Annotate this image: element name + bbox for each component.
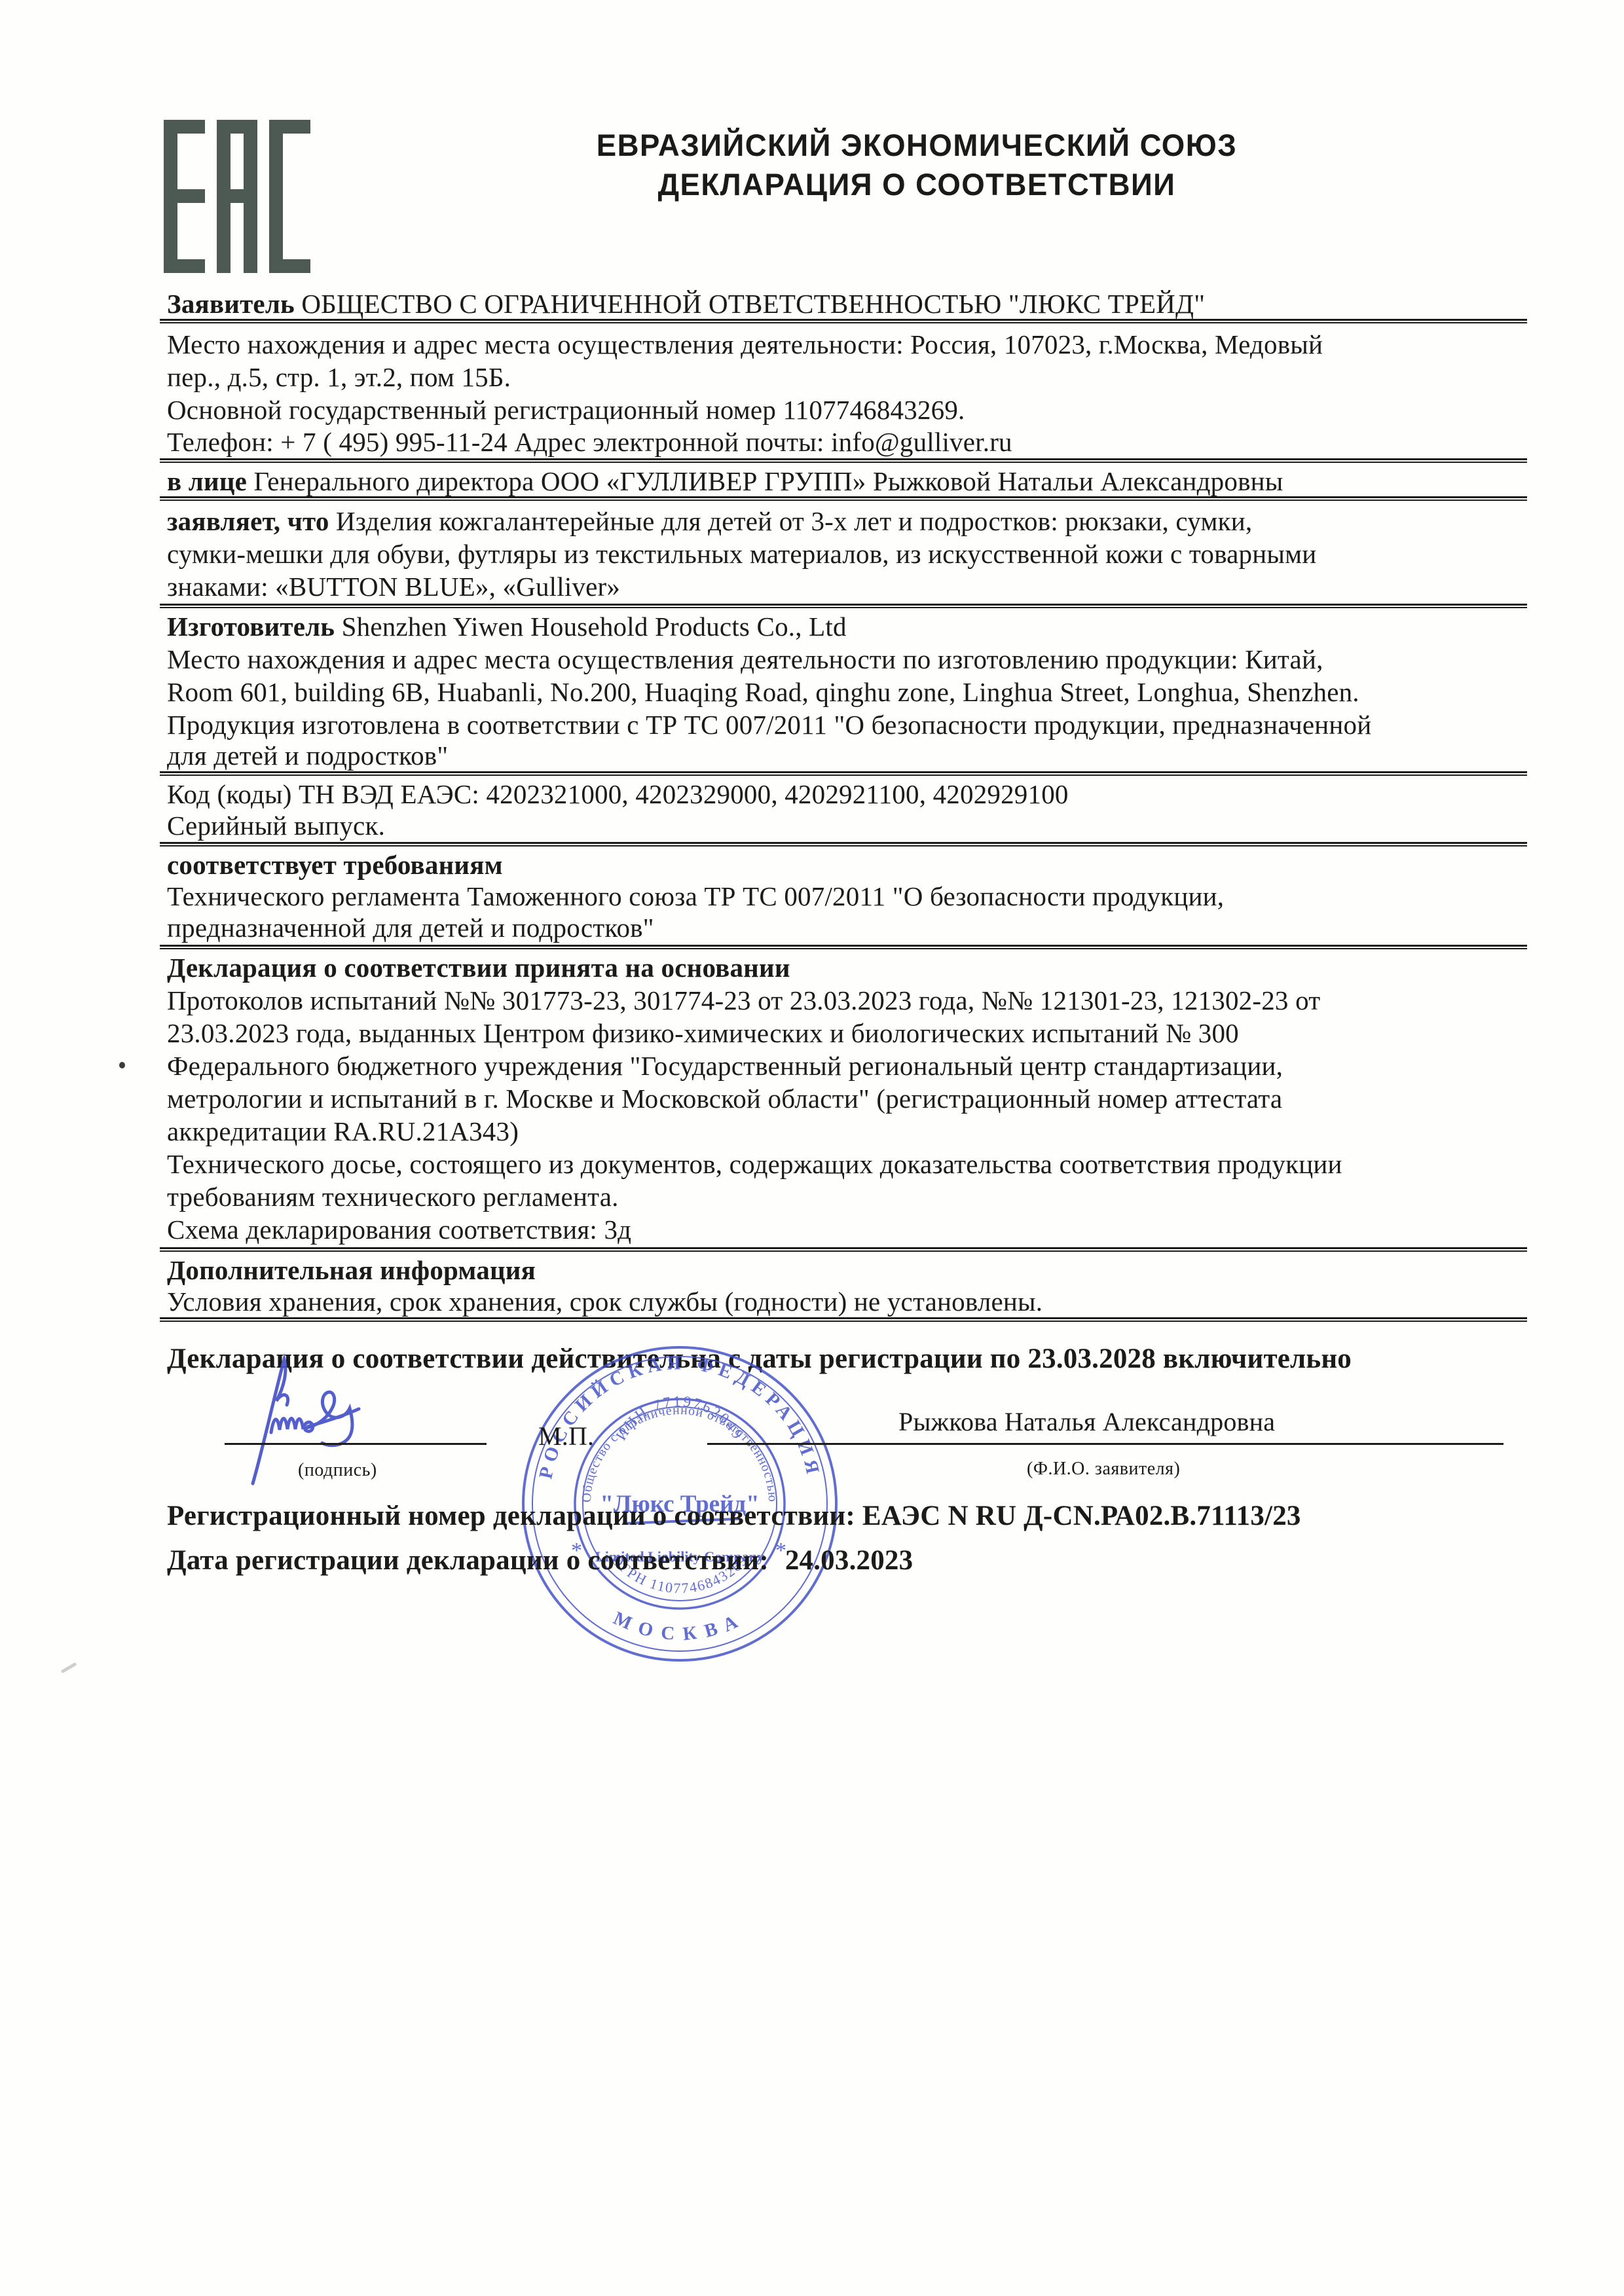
fio-caption: (Ф.И.О. заявителя) — [1027, 1453, 1180, 1485]
applicant-name: ОБЩЕСТВО С ОГРАНИЧЕННОЙ ОТВЕТСТВЕННОСТЬЮ… — [301, 289, 1205, 319]
basis-line-5: аккредитации RA.RU.21A343) — [167, 1116, 519, 1147]
document-page: ЕВРАЗИЙСКИЙ ЭКОНОМИЧЕСКИЙ СОЮЗ ДЕКЛАРАЦИ… — [0, 0, 1624, 2296]
registration-date-line: Дата регистрации декларации о соответств… — [167, 1545, 913, 1576]
compliance-line-1: Технического регламента Таможенного союз… — [167, 881, 1224, 912]
compliance-label: соответствует требованиям — [167, 849, 503, 881]
stray-ink-dot — [119, 1062, 125, 1068]
manufacturer-address-1: Место нахождения и адрес места осуществл… — [167, 644, 1323, 675]
basis-line-6: Технического досье, состоящего из докуме… — [167, 1148, 1342, 1180]
basis-line-1: Протоколов испытаний №№ 301773-23, 30177… — [167, 985, 1320, 1016]
applicant-line: Заявитель ОБЩЕСТВО С ОГРАНИЧЕННОЙ ОТВЕТС… — [167, 288, 1205, 319]
basis-line-2: 23.03.2023 года, выданных Центром физико… — [167, 1017, 1239, 1049]
compliance-line-2: предназначенной для детей и подростков" — [167, 912, 654, 943]
basis-line-4: метрологии и испытаний в г. Москве и Мос… — [167, 1083, 1282, 1114]
manufacturer-name: Shenzhen Yiwen Household Products Co., L… — [342, 611, 847, 642]
eac-logo — [164, 120, 310, 273]
basis-line-3: Федерального бюджетного учреждения "Госу… — [167, 1050, 1283, 1082]
applicant-ogrn: Основной государственный регистрационный… — [167, 394, 965, 426]
section-divider — [160, 319, 1527, 323]
in-person-text: Генерального директора ООО «ГУЛЛИВЕР ГРУ… — [254, 466, 1283, 496]
section-divider — [160, 1247, 1527, 1252]
applicant-address-2: пер., д.5, стр. 1, эт.2, пом 15Б. — [167, 361, 511, 393]
basis-label: Декларация о соответствии принята на осн… — [167, 952, 790, 983]
basis-line-8: Схема декларирования соответствия: 3д — [167, 1214, 631, 1245]
stamp-inn-text: ИНН 7719762049 — [612, 1393, 747, 1444]
manufacturer-made-1: Продукция изготовлена в соответствии с Т… — [167, 709, 1371, 740]
section-divider — [160, 842, 1527, 847]
registration-date-value: 24.03.2023 — [785, 1545, 913, 1576]
section-divider — [160, 945, 1527, 949]
title-line1: ЕВРАЗИЙСКИЙ ЭКОНОМИЧЕСКИЙ СОЮЗ — [358, 126, 1475, 165]
additional-label: Дополнительная информация — [167, 1254, 536, 1286]
section-divider — [160, 458, 1527, 463]
stamp-place-abbr: М.П. — [538, 1421, 594, 1452]
applicant-address-1: Место нахождения и адрес места осуществл… — [167, 329, 1323, 360]
basis-line-7: требованиям технического регламента. — [167, 1181, 619, 1212]
applicant-label: Заявитель — [167, 289, 295, 319]
fio-line — [707, 1443, 1504, 1445]
manufacturer-label: Изготовитель — [167, 611, 335, 642]
signature-line — [225, 1443, 487, 1445]
title-line2: ДЕКЛАРАЦИЯ О СООТВЕТСТВИИ — [358, 165, 1475, 204]
document-title: ЕВРАЗИЙСКИЙ ЭКОНОМИЧЕСКИЙ СОЮЗ ДЕКЛАРАЦИ… — [358, 126, 1475, 204]
serial-line: Серийный выпуск. — [167, 810, 385, 841]
registration-number-value: ЕАЭС N RU Д-CN.РА02.В.71113/23 — [862, 1501, 1301, 1531]
stamp-mid-top-text: Общество с ограниченной ответственностью — [580, 1403, 780, 1503]
scan-smudge — [60, 1662, 77, 1673]
applicant-fio: Рыжкова Наталья Александровна — [898, 1406, 1275, 1438]
declares-label: заявляет, что — [167, 506, 329, 536]
in-person-label: в лице — [167, 466, 247, 496]
in-person-line: в лице Генерального директора ООО «ГУЛЛИ… — [167, 465, 1283, 497]
registration-date-label: Дата регистрации декларации о соответств… — [167, 1545, 769, 1576]
applicant-phone: Телефон: + 7 ( 495) 995-11-24 Адрес элек… — [167, 426, 1012, 458]
signature-caption: (подпись) — [298, 1455, 377, 1486]
registration-number-label: Регистрационный номер декларации о соотв… — [167, 1501, 855, 1531]
declares-line-2: сумки-мешки для обуви, футляры из тексти… — [167, 538, 1316, 570]
section-divider — [160, 496, 1527, 501]
manufacturer-address-2: Room 601, building 6B, Huabanli, No.200,… — [167, 676, 1359, 708]
section-divider — [160, 604, 1527, 608]
declares-line-1: заявляет, что Изделия кожгалантерейные д… — [167, 505, 1252, 537]
stamp-outer-bottom-text: МОСКВА — [610, 1607, 749, 1645]
section-divider — [160, 771, 1527, 776]
registration-number-line: Регистрационный номер декларации о соотв… — [167, 1501, 1301, 1532]
declares-line-3: знаками: «BUTTON BLUE», «Gulliver» — [167, 571, 620, 602]
manufacturer-made-2: для детей и подростков" — [167, 740, 448, 771]
declares-text-1: Изделия кожгалантерейные для детей от 3-… — [336, 506, 1252, 536]
additional-line-1: Условия хранения, срок хранения, срок сл… — [167, 1286, 1043, 1317]
manufacturer-line: Изготовитель Shenzhen Yiwen Household Pr… — [167, 611, 847, 642]
section-divider — [160, 1317, 1527, 1322]
tnved-line: Код (коды) ТН ВЭД ЕАЭС: 4202321000, 4202… — [167, 778, 1069, 810]
